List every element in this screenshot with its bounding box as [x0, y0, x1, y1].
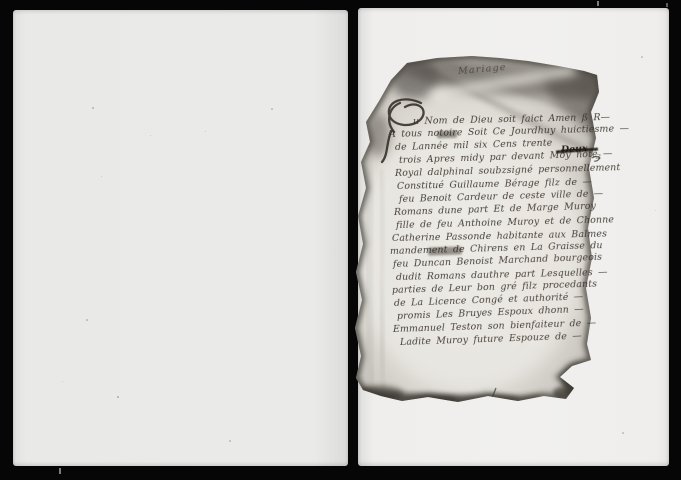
overwritten-word-smudge	[428, 246, 462, 255]
bottom-right-blotch	[553, 387, 571, 399]
bottom-burn-spot	[352, 386, 404, 402]
bottom-burn-spot	[422, 396, 458, 404]
overwritten-word-smudge	[437, 131, 457, 139]
bottom-burn-spot	[480, 395, 520, 403]
scanned-book-spread: Mariage u Nom de Dieu soit faict Amen ß …	[0, 0, 681, 480]
